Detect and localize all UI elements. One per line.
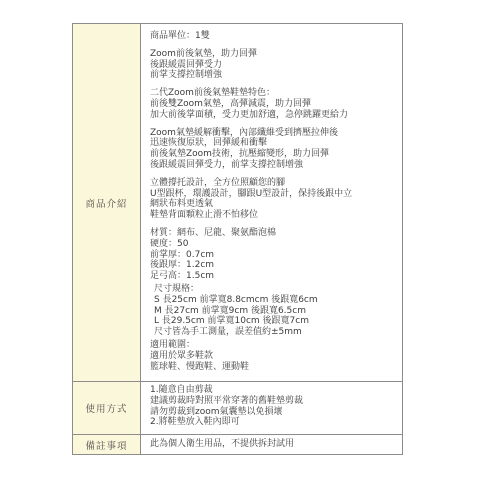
text-line: 鞋墊背面顆粒止滑不怕移位 (150, 210, 396, 221)
usage-content: 1.隨意自由剪裁建議剪裁時對照平常穿著的舊鞋墊剪裁請勿剪裁到zoom氣囊墊以免損… (141, 382, 402, 434)
table-row-usage: 使用方式 1.隨意自由剪裁建議剪裁時對照平常穿著的舊鞋墊剪裁請勿剪裁到zoom氣… (73, 382, 402, 435)
text-line: 建議剪裁時對照平常穿著的舊鞋墊剪裁 (150, 396, 396, 407)
text-line: 加大前後掌面積，受力更加舒適，急停跳躍更給力 (150, 110, 396, 121)
text-line: 適用範圍： (150, 340, 396, 351)
text-line: 適用於眾多鞋款 (150, 351, 396, 362)
row-label-text: 使用方式 (85, 401, 127, 415)
text-line: 硬度：50 (150, 239, 396, 250)
text-line: 後跟緩震回彈受力 (150, 60, 396, 71)
text-line: 後跟厚：1.2cm (150, 260, 396, 271)
text-line: U型跟杯，環護設計，腳跟U型設計，保持後跟中立 (150, 189, 396, 200)
product-spec-table: 商品介紹 商品單位：1雙Zoom前後氣墊，助力回彈後跟緩震回彈受力前掌支撐控制增… (72, 23, 403, 455)
text-line: 足弓高：1.5cm (150, 271, 396, 282)
text-line: M 長27cm 前掌寬9cm 後跟寬6.5cm (154, 306, 396, 317)
table-row-product-intro: 商品介紹 商品單位：1雙Zoom前後氣墊，助力回彈後跟緩震回彈受力前掌支撐控制增… (73, 24, 402, 382)
paragraph: 二代Zoom前後氣墊鞋墊特色：前後雙Zoom氣墊，高彈減震，助力回彈加大前後掌面… (150, 88, 396, 120)
text-line: L 長29.5cm 前掌寬10cm 後跟寬7cm (154, 316, 396, 327)
page: 商品介紹 商品單位：1雙Zoom前後氣墊，助力回彈後跟緩震回彈受力前掌支撐控制增… (0, 0, 480, 480)
text-line: 前後氣墊Zoom技術，抗壓縮變形，助力回彈 (150, 149, 396, 160)
text-line: 2.將鞋墊放入鞋內即可 (150, 417, 396, 428)
text-line: 前掌支撐控制增強 (150, 70, 396, 81)
text-line: Zoom氣墊緩解衝擊，內部纖維受到擠壓拉伸後 (150, 128, 396, 139)
text-line: 前後雙Zoom氣墊，高彈減震，助力回彈 (150, 99, 396, 110)
row-label-remarks: 備註事項 (73, 435, 141, 454)
text-line: 商品單位：1雙 (150, 31, 396, 42)
product-intro-content: 商品單位：1雙Zoom前後氣墊，助力回彈後跟緩震回彈受力前掌支撐控制增強二代Zo… (141, 24, 402, 381)
text-line: S 長25cm 前掌寬8.8cmcm 後跟寬6cm (154, 295, 396, 306)
text-line: 立體撐托設計，全方位照顧您的腳 (150, 178, 396, 189)
text-line: 籃球鞋、慢跑鞋、運動鞋 (150, 362, 396, 373)
text-line: 後跟緩震回彈受力，前掌支撐控制增強 (150, 160, 396, 171)
paragraph: 立體撐托設計，全方位照顧您的腳U型跟杯，環護設計，腳跟U型設計，保持後跟中立網狀… (150, 178, 396, 221)
row-label-product-intro: 商品介紹 (73, 24, 141, 381)
row-label-usage: 使用方式 (73, 382, 141, 434)
paragraph: Zoom氣墊緩解衝擊，內部纖維受到擠壓拉伸後迅速恢復原狀，回彈緩和衝擊前後氣墊Z… (150, 128, 396, 171)
text-line: 尺寸規格： (154, 284, 396, 295)
text-line: 網狀布料更透氣 (150, 199, 396, 210)
text-line: 材質：網布、尼龍、聚氨酯泡棉 (150, 228, 396, 239)
table-row-remarks: 備註事項 此為個人衛生用品，不提供拆封試用 (73, 435, 402, 454)
text-line: 二代Zoom前後氣墊鞋墊特色： (150, 88, 396, 99)
row-label-text: 商品介紹 (85, 196, 127, 210)
row-label-text: 備註事項 (85, 438, 127, 452)
text-line: 請勿剪裁到zoom氣囊墊以免損壞 (150, 407, 396, 418)
remarks-content: 此為個人衛生用品，不提供拆封試用 (141, 435, 402, 454)
paragraph: 商品單位：1雙 (150, 31, 396, 42)
text-line: 尺寸皆為手工測量，誤差值約±5mm (154, 327, 396, 338)
paragraph: 適用範圍：適用於眾多鞋款籃球鞋、慢跑鞋、運動鞋 (150, 340, 396, 372)
paragraph: 材質：網布、尼龍、聚氨酯泡棉硬度：50前掌厚：0.7cm後跟厚：1.2cm足弓高… (150, 228, 396, 282)
text-line: 迅速恢復原狀，回彈緩和衝擊 (150, 138, 396, 149)
text-line: Zoom前後氣墊，助力回彈 (150, 49, 396, 60)
paragraph: 1.隨意自由剪裁建議剪裁時對照平常穿著的舊鞋墊剪裁請勿剪裁到zoom氣囊墊以免損… (150, 385, 396, 428)
text-line: 1.隨意自由剪裁 (150, 385, 396, 396)
paragraph: 此為個人衛生用品，不提供拆封試用 (150, 439, 294, 450)
paragraph: 尺寸規格：S 長25cm 前掌寬8.8cmcm 後跟寬6cmM 長27cm 前掌… (150, 284, 396, 338)
text-line: 前掌厚：0.7cm (150, 250, 396, 261)
paragraph: Zoom前後氣墊，助力回彈後跟緩震回彈受力前掌支撐控制增強 (150, 49, 396, 81)
text-line: 此為個人衛生用品，不提供拆封試用 (150, 439, 294, 450)
